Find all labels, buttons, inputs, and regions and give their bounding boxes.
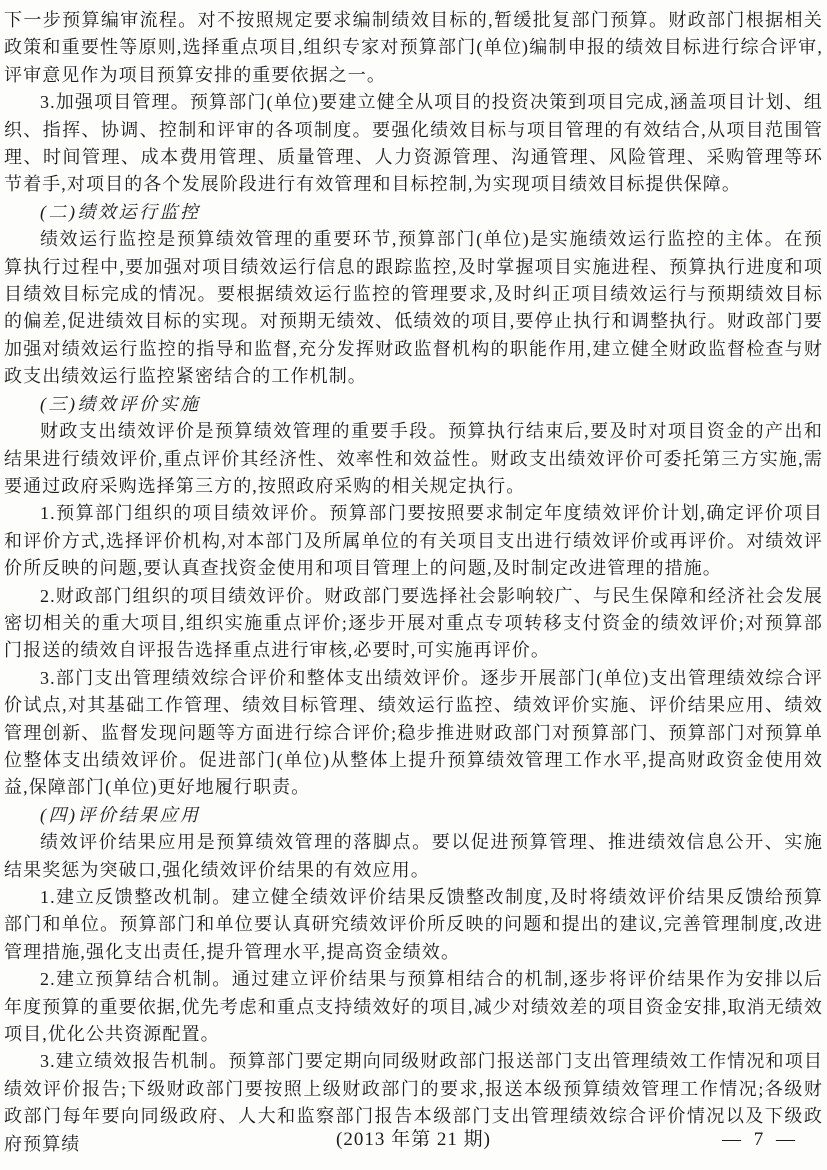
section-heading: (三)绩效评价实施 [4,391,823,418]
section-heading: (四)评价结果应用 [4,802,823,829]
paragraph: 2.建立预算结合机制。通过建立评价结果与预算相结合的机制,逐步将评价结果作为安排… [4,966,823,1048]
paragraph: 1.预算部门组织的项目绩效评价。预算部门要按照要求制定年度绩效评价计划,确定评价… [4,500,823,582]
journal-issue-label: (2013 年第 21 期) [0,1126,827,1154]
paragraph: 1.建立反馈整改机制。建立健全绩效评价结果反馈整改制度,及时将绩效评价结果反馈给… [4,884,823,966]
paragraph: 绩效运行监控是预算绩效管理的重要环节,预算部门(单位)是实施绩效运行监控的主体。… [4,226,823,390]
page-number: — 7 — [722,1126,799,1154]
paragraph: 3.加强项目管理。预算部门(单位)要建立健全从项目的投资决策到项目完成,涵盖项目… [4,89,823,199]
paragraph: 绩效评价结果应用是预算绩效管理的落脚点。要以促进预算管理、推进绩效信息公开、实施… [4,829,823,884]
document-body: 下一步预算编审流程。对不按照规定要求编制绩效目标的,暂缓批复部门预算。财政部门根… [0,0,827,1158]
paragraph: 3.部门支出管理绩效综合评价和整体支出绩效评价。逐步开展部门(单位)支出管理绩效… [4,665,823,802]
page-footer: (2013 年第 21 期) — 7 — [0,1126,827,1154]
paragraph: 2.财政部门组织的项目绩效评价。财政部门要选择社会影响较广、与民生保障和经济社会… [4,583,823,665]
paragraph: 财政支出绩效评价是预算绩效管理的重要手段。预算执行结束后,要及时对项目资金的产出… [4,418,823,500]
section-heading: (二)绩效运行监控 [4,199,823,226]
document-page: 下一步预算编审流程。对不按照规定要求编制绩效目标的,暂缓批复部门预算。财政部门根… [0,0,827,1170]
paragraph: 下一步预算编审流程。对不按照规定要求编制绩效目标的,暂缓批复部门预算。财政部门根… [4,7,823,89]
